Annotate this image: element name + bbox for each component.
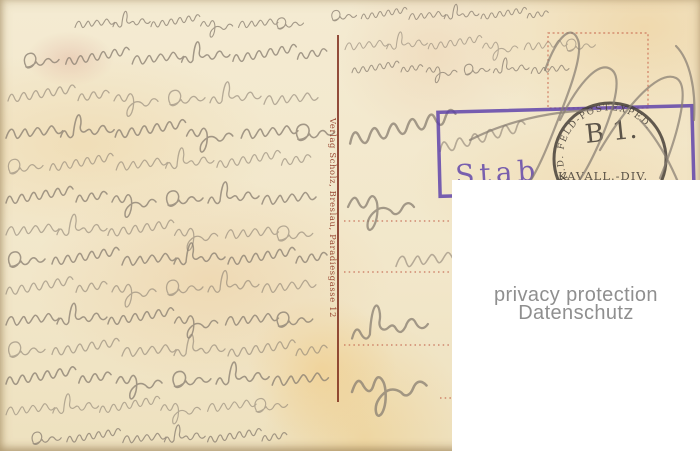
handwritten-message-left (6, 11, 335, 444)
handwritten-address-top (332, 4, 596, 82)
publisher-imprint: Verlag Scholz, Breslau, Paradiesgasse 12 (328, 117, 337, 318)
postcard-scan: Verlag Scholz, Breslau, Paradiesgasse 12… (0, 0, 700, 451)
privacy-text-line2: Datenschutz (518, 304, 634, 322)
privacy-overlay: privacy protection Datenschutz (452, 180, 700, 451)
